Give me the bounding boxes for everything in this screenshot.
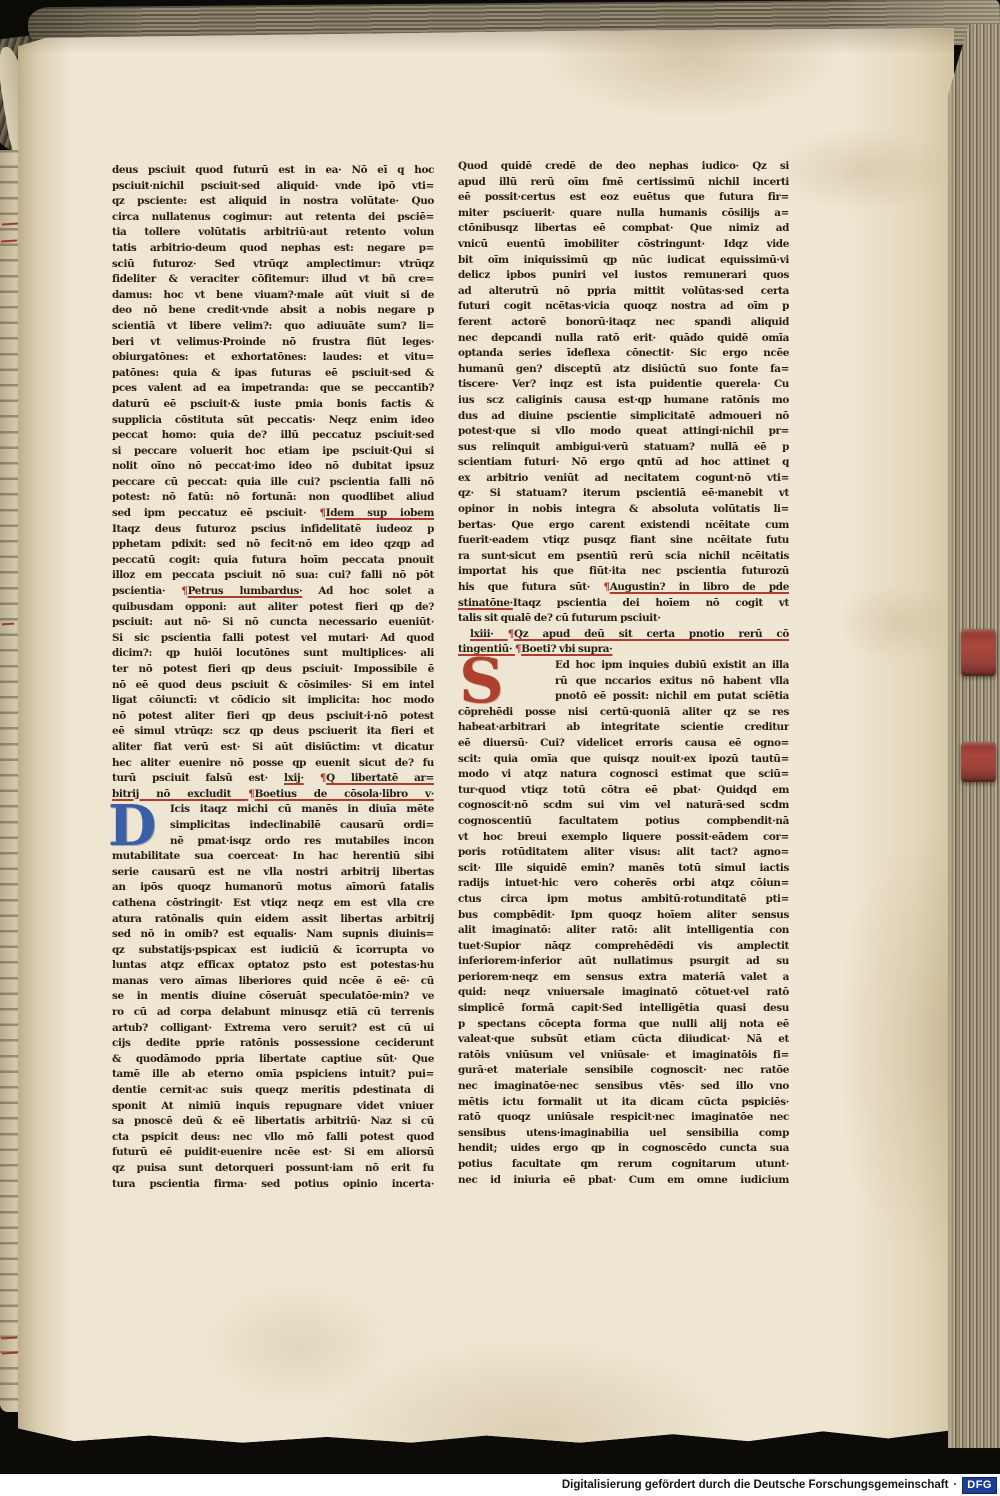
text-line: simplicē formā capit·Sed intelligētia qu… — [458, 1001, 789, 1017]
text-line: modo vi atqz natura cognosci estimat que… — [458, 767, 789, 783]
text-line: hec aliter euenire nō posse qp euenit si… — [112, 756, 434, 772]
text-line: psciuit: aut nō· Si nō cuncta necessario… — [112, 615, 434, 631]
text-line: optanda series īdeflexa cōnectit· Sic er… — [458, 346, 789, 362]
credit-separator: · — [953, 1479, 957, 1491]
illuminated-initial-d: D — [108, 800, 157, 852]
text-line: ratōis vniūsum vel vniūsale· et imaginat… — [458, 1048, 789, 1064]
text-line: dicim?: qp huiōi locutōnes sunt multipli… — [112, 646, 434, 662]
text-line: tur·quod vtiqz totū cōtra eē pbat· Quidq… — [458, 783, 789, 799]
text-line: sa pnoscē deū & eē libertatis arbitriū· … — [112, 1114, 434, 1130]
text-line: aliter fiat verū est· Si aūt disiūctim: … — [112, 740, 434, 756]
text-line: supplicia cōstituta sūt peccatis· Neqz e… — [112, 413, 434, 429]
text-line: sus relinquit ambigui·verū statuam? null… — [458, 440, 789, 456]
digitization-footer: Digitalisierung gefördert durch die Deut… — [0, 1474, 1000, 1496]
text-line: scientiā vt libere velim?: quo adiuuāte … — [112, 319, 434, 335]
text-line: ctus circa ipm motus ambitū·rotunditatē … — [458, 892, 789, 908]
text-line: sponit At nimiū inquis repugnare videt v… — [112, 1099, 434, 1115]
red-bookmark-tab — [961, 742, 996, 782]
text-line: ro cū ad corpa delabunt minusqz etiā cū … — [112, 1005, 434, 1021]
text-line: opinor in nobis integra & absoluta volūt… — [458, 502, 789, 518]
text-line: cognoscit·nō scdm sui vim vel naturā·sed… — [458, 798, 789, 814]
text-line: bus compbēdit· Ipm quoqz hoīem aliter se… — [458, 908, 789, 924]
text-line: ctōnibusqz libertas eē compbat· Que nimi… — [458, 221, 789, 237]
text-line: deo nō bene credit·vnde absit a nobis ne… — [112, 303, 434, 319]
text-line: inferiorem·inferior aūt nullatimus psurg… — [458, 954, 789, 970]
text-line: gurā·et materiale sensibile cognoscit· n… — [458, 1063, 789, 1079]
text-line: luntas atqz efficax optatoz psto est pot… — [112, 958, 434, 974]
text-line: eē diuersū· Cui? videlicet erroris causa… — [458, 736, 789, 752]
illuminated-initial-s: S — [459, 652, 504, 710]
text-line: turū psciuit falsū est· lxij· ¶Q liberta… — [112, 771, 434, 787]
text-line: miter psciuerit· quare nulla humanis cōs… — [458, 206, 789, 222]
text-line: fideliter & veraciter cōfitemur: illud v… — [112, 272, 434, 288]
text-line: obiurgatōnes: et exhortatōnes: laudes: e… — [112, 350, 434, 366]
text-line: tatis arbitrio·deum quod nephas est: neg… — [112, 241, 434, 257]
text-line: an ipōs quoqz humanorū motus aīmorū fata… — [112, 880, 434, 896]
text-line: qz substatijs·pspicax est iudiciū & īcor… — [112, 943, 434, 959]
text-line: tiscere· Ver? inqz est ista puidentie qu… — [458, 377, 789, 393]
text-line: mētis ictu formalit ut ita dicam cūcta p… — [458, 1095, 789, 1111]
text-line: tura pscientia firma· sed potius opinio … — [112, 1177, 434, 1193]
book-fore-edge — [948, 24, 1000, 1448]
text-line: sed nō in omib? est equalis· Nam supnis … — [112, 927, 434, 943]
text-line: nec imaginatōe·nec sensibus vtēs· sed il… — [458, 1079, 789, 1095]
text-line: mutabilitate sua coerceat· In hac herent… — [112, 849, 434, 865]
text-line: ius scz caliginis causa est·qp humane ra… — [458, 393, 789, 409]
text-line: cijs dedite pprie ratōnis possessione ce… — [112, 1036, 434, 1052]
text-column-right: Quod quidē credē de deo nephas iudico· Q… — [458, 159, 789, 1188]
text-line: nē pmat·isqz ordo res mutabiles incon — [112, 834, 434, 850]
text-line: simplicitas indeclinabilē causarū ordi= — [112, 818, 434, 834]
text-line: se in mentis diuine cōseruāt speculatōe·… — [112, 989, 434, 1005]
text-line: deus psciuit quod futurū est in ea· Nō e… — [112, 163, 434, 179]
text-line: & quodāmodo ppria libertate captiue sūt·… — [112, 1052, 434, 1068]
text-line: eē simul vtrūqz: scz qp deus psciuerit i… — [112, 724, 434, 740]
red-bookmark-tab — [961, 629, 996, 676]
text-line: delicz ipbos puniri vel iustos remunerar… — [458, 268, 789, 284]
text-line: pscientia· ¶Petrus lumbardus· Ad hoc sol… — [112, 584, 434, 600]
text-line: damus: hoc vt bene viuam?·male aūt viuit… — [112, 288, 434, 304]
text-line: radijs intuet·hic vero coherēs orbi atqz… — [458, 876, 789, 892]
text-line: eē possit·certus est eoz euētus que futu… — [458, 190, 789, 206]
text-line: sensibus utens·imaginabilia uel sensibil… — [458, 1126, 789, 1142]
text-line: ratō quoqz uniūsale respicit·nec imagina… — [458, 1110, 789, 1126]
text-line: p spectans cōcepta forma que nulli alij … — [458, 1017, 789, 1033]
text-line: circa nullatenus cogimur: aut retenta de… — [112, 210, 434, 226]
text-line: vnicū euentū īmobiliter cōstringunt· Idq… — [458, 237, 789, 253]
text-line: cta pspicit deus: nec vllo mō falli pote… — [112, 1130, 434, 1146]
text-line: serie causarū est ne vlla nostri arbitri… — [112, 865, 434, 881]
text-line: nō eē quod deus psciuit & cōsimiles· Si … — [112, 678, 434, 694]
text-line: atura ratōnalis quin eidem assit liberta… — [112, 912, 434, 928]
text-column-left: deus psciuit quod futurū est in ea· Nō e… — [112, 163, 434, 1192]
text-line: peccatū cogit: quia futura hoīm peccata … — [112, 553, 434, 569]
text-line: psciuit·nichil psciuit·sed aliquid· vnde… — [112, 179, 434, 195]
text-line: importat his que fiūt·ita nec pscientia … — [458, 564, 789, 580]
text-line: alit imaginatō: aliter ratō: alit intell… — [458, 923, 789, 939]
text-line: futuri cogit ncētas·vicia quoqz nostra a… — [458, 299, 789, 315]
text-line: tia tollere volūtatis arbitriū·aut reten… — [112, 225, 434, 241]
text-line: cōprehēdi posse nisi certū·quoniā aliter… — [458, 705, 789, 721]
text-line: beri vt velimus·Proinde nō frustra fiūt … — [112, 335, 434, 351]
text-line: habeat·arbitrari ab integritate scientie… — [458, 720, 789, 736]
text-line: cathena cōstringit· Est vtiqz neqz em es… — [112, 896, 434, 912]
text-line: stinatōne·Itaqz pscientia dei hoīem nō c… — [458, 596, 789, 612]
text-line: ligat cōiunctī: vt cōdicio sit implicita… — [112, 693, 434, 709]
text-line: si peccare voluerit hoc etiam ipe psciui… — [112, 444, 434, 460]
text-line: dentie cernit·ac suis queqz meritis pdes… — [112, 1083, 434, 1099]
text-line: qz puisa sunt detorqueri possunt·iam nō … — [112, 1161, 434, 1177]
text-line: Icis itaqz michi cū manēs in diuīa mēte — [112, 802, 434, 818]
text-line: bit oīm iniquissimū qp nūc iudicat equis… — [458, 253, 789, 269]
text-line: tingentiū· ¶Boeti? vbi supra· — [458, 642, 789, 658]
text-line: valeat·que subsūt etiam cūcta diiudicat·… — [458, 1032, 789, 1048]
text-line: rū que nccarios exitus nō habent vlla — [458, 674, 789, 690]
text-line: poris rotūditatem aliter visus: alit tac… — [458, 845, 789, 861]
text-line: his que futura sūt· ¶Augustin? in libro … — [458, 580, 789, 596]
text-line: hendit; uides ergo qp in cognoscēdo cunc… — [458, 1141, 789, 1157]
text-line: peccat homo: quia de? illū peccatuz psci… — [112, 428, 434, 444]
text-line: manas vero aīmas liberiores quid ncēe ē … — [112, 974, 434, 990]
text-line: ad alterutrū nō ppria mittit volūtas·sed… — [458, 284, 789, 300]
text-line: tamē ille ab eterno omīa pspiciens intui… — [112, 1067, 434, 1083]
text-line: humanū gen? disceptū atz disiūctū suo fo… — [458, 362, 789, 378]
text-line: Ed hoc ipm inquies dubiū existit an illa — [458, 658, 789, 674]
text-line: Si sic pscientia falli potest vel mutari… — [112, 631, 434, 647]
text-line: cognoscentiū facultatem potius compbendi… — [458, 814, 789, 830]
text-line: futurū eē puidit·euenire ncēe est· Si em… — [112, 1145, 434, 1161]
text-line: quid: neqz vniuersale imaginatō cōtuet·v… — [458, 985, 789, 1001]
text-line: dus ad diuine pscientie simplicitatē adm… — [458, 409, 789, 425]
text-line: peccare cū peccat: quia ille cui? pscien… — [112, 475, 434, 491]
text-line: vt hoc breui exemplo liquere possit·eāde… — [458, 830, 789, 846]
text-line: periorem·neqz em sensus extra materiā va… — [458, 970, 789, 986]
text-line: potius facultate qm rerum cognitarum utu… — [458, 1157, 789, 1173]
text-line: tuet·Supior nāqz comprehēdēdi vis amplec… — [458, 939, 789, 955]
text-line: Quod quidē credē de deo nephas iudico· Q… — [458, 159, 789, 175]
text-line: ter nō potest fieri qp deus psciuit· Imp… — [112, 662, 434, 678]
text-line: ferent actorē bonorū·itaqz nec spandi al… — [458, 315, 789, 331]
text-line: bertas· Que ergo carent existendi ncēita… — [458, 518, 789, 534]
text-line: fuerit·eadem vtiqz pusqz fiant sine ncēi… — [458, 533, 789, 549]
text-line: daturū eē psciuit·& iuste pmia bonis fac… — [112, 397, 434, 413]
text-line: sciū futuroz· Sed vtrūqz amplectimur: vt… — [112, 257, 434, 273]
credit-text: Digitalisierung gefördert durch die Deut… — [562, 1479, 949, 1491]
text-line: scientiam futuri· Nō ergo qntū ad hoc at… — [458, 455, 789, 471]
text-line: potest·que si vllo modo queat attingi·ni… — [458, 424, 789, 440]
text-line: illoz em peccata psciuit nō sua: cui? fa… — [112, 568, 434, 584]
text-line: qz psciente: est aliquid in nostra volūt… — [112, 194, 434, 210]
text-line: qz· Si statuam? iterum pscientiā eē·mane… — [458, 486, 789, 502]
text-line: scit· Ille siquidē emin? manēs totū simu… — [458, 861, 789, 877]
text-line: talis sit qualē de? cū futurum psciuit· — [458, 611, 789, 627]
text-line: nō potest aliter fieri qp deus psciuit·i… — [112, 709, 434, 725]
text-line: bitrij nō excludit ¶Boetius de cōsola·li… — [112, 787, 434, 803]
scan-root: deus psciuit quod futurū est in ea· Nō e… — [0, 0, 1000, 1496]
text-line: nolit oīno nō peccat·imo ideo nō dubitat… — [112, 459, 434, 475]
text-line: Itaqz deus futuroz pscius infidelitatē i… — [112, 522, 434, 538]
text-line: ra sunt·sicut em psentiū rerū scia nichi… — [458, 549, 789, 565]
text-line: pphetam pdixit: sed nō fecit·nō em ideo … — [112, 537, 434, 553]
text-line: nec depcandi nulla ratō erit· quādo quid… — [458, 331, 789, 347]
text-line: patōnes: quia & ipas futuras eē psciuit·… — [112, 366, 434, 382]
text-line: sed ipm peccatuz eē psciuit· ¶Idem sup i… — [112, 506, 434, 522]
text-line: lxiii· ¶Qz apud deū sit certa pnotio rer… — [458, 627, 789, 643]
text-line: pces valent ad ea impetranda: que se pec… — [112, 381, 434, 397]
text-line: quibusdam opponi: aut aliter potest fier… — [112, 600, 434, 616]
text-line: scit: quia omīa que quisqz nouit·ex ipoz… — [458, 752, 789, 768]
text-line: apud illū rerū oīm fmē certissimū nichil… — [458, 175, 789, 191]
text-line: nec id iniuria eē pbat· Cum em omne iudi… — [458, 1173, 789, 1189]
text-line: artub? colligant· Extrema vero seruit? e… — [112, 1021, 434, 1037]
text-line: ex arbitrio veniūt ad necitatem cogunt·n… — [458, 471, 789, 487]
text-line: potest: nō fatū: nō fortunā: non quodlib… — [112, 490, 434, 506]
text-line: pnotō eē possit: nichil em putat sciētia — [458, 689, 789, 705]
dfg-logo: DFG — [962, 1477, 997, 1494]
